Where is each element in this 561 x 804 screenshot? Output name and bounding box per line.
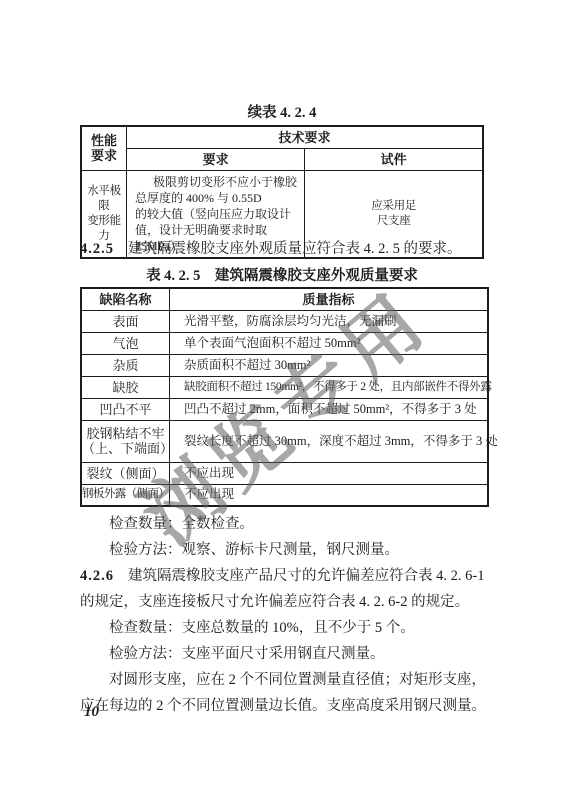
t425-row-name: 缺胶: [81, 376, 170, 398]
t425-row-spec: 裂纹长度不超过 30mm，深度不超过 3mm，不得多于 3 处: [170, 420, 489, 462]
t424-requirement-line1: 极限剪切变形不应小于橡胶总厚度的 400% 与 0.55D: [135, 174, 302, 206]
body-text-block: 检查数量：全数检查。 检验方法：观察、游标卡尺测量，钢尺测量。 4.2.6建筑隔…: [80, 511, 500, 719]
section-4-2-6-text-line1: 建筑隔震橡胶支座产品尺寸的允许偏差应符合表 4. 2. 6-1: [128, 568, 484, 584]
table-425-title: 表 4. 2. 5 建筑隔震橡胶支座外观质量要求: [80, 264, 484, 285]
section-4-2-5-text: 建筑隔震橡胶支座外观质量应符合表 4. 2. 5 的要求。: [128, 241, 462, 257]
page-number: 10: [84, 704, 99, 721]
check-quantity-1: 检查数量：全数检查。: [80, 511, 500, 537]
t424-header-performance: 性能 要求: [81, 126, 127, 170]
t424-header-performance-line2: 要求: [82, 148, 126, 163]
inspection-method-2: 检验方法：支座平面尺寸采用钢直尺测量。: [80, 641, 500, 667]
t425-row-spec: 单个表面气泡面积不超过 50mm²: [170, 332, 489, 354]
t424-header-specimen: 试件: [305, 148, 483, 170]
t424-specimen-line2: 尺支座: [305, 214, 482, 229]
table-row: 钢板外露（侧面） 不应出现: [81, 484, 488, 506]
t425-row-name: 凹凸不平: [81, 398, 170, 420]
t425-row-spec: 缺胶面积不超过 150mm²，不得多于 2 处，且内部嵌件不得外露: [170, 376, 489, 398]
document-page: 浏览专用 续表 4. 2. 4 性能 要求 技术要求 要求 试件 水平极限 变形…: [0, 0, 561, 804]
t425-row-name-line2: （上、下端面）: [82, 441, 169, 456]
section-4-2-6-line2: 的规定，支座连接板尺寸允许偏差应符合表 4. 2. 6-2 的规定。: [80, 589, 500, 615]
t424-header-performance-line1: 性能: [82, 133, 126, 148]
measurement-note-line1: 对圆形支座，应在 2 个不同位置测量直径值；对矩形支座，: [80, 667, 500, 693]
t424-specimen-line1: 应采用足: [305, 199, 482, 214]
t425-row-name: 表面: [81, 310, 170, 332]
t425-row-name: 杂质: [81, 354, 170, 376]
table-row: 缺胶 缺胶面积不超过 150mm²，不得多于 2 处，且内部嵌件不得外露: [81, 376, 488, 398]
t425-row-name: 钢板外露（侧面）: [81, 484, 170, 506]
table-row: 杂质 杂质面积不超过 30mm²: [81, 354, 488, 376]
table-425: 缺陷名称 质量指标 表面 光滑平整，防腐涂层均匀光洁，无漏刷 气泡 单个表面气泡…: [80, 287, 489, 507]
t425-row-spec: 不应出现: [170, 484, 489, 506]
t424-row-name-line1: 水平极限: [82, 184, 126, 214]
t425-row-spec: 杂质面积不超过 30mm²: [170, 354, 489, 376]
section-4-2-6-number: 4.2.6: [80, 568, 114, 584]
t425-row-name: 气泡: [81, 332, 170, 354]
t425-row-spec: 光滑平整，防腐涂层均匀光洁，无漏刷: [170, 310, 489, 332]
table-row: 表面 光滑平整，防腐涂层均匀光洁，无漏刷: [81, 310, 488, 332]
table-row: 凹凸不平 凹凸不超过 2mm，面积不超过 50mm²，不得多于 3 处: [81, 398, 488, 420]
t424-header-requirement: 要求: [127, 148, 305, 170]
section-4-2-5-number: 4.2.5: [80, 241, 114, 257]
measurement-note-line2: 应在每边的 2 个不同位置测量边长值。支座高度采用钢尺测量。: [80, 693, 500, 719]
t425-header-defect: 缺陷名称: [81, 288, 170, 310]
check-quantity-2: 检查数量：支座总数量的 10%，且不少于 5 个。: [80, 615, 500, 641]
table-row: 胶钢粘结不牢 （上、下端面） 裂纹长度不超过 30mm，深度不超过 3mm，不得…: [81, 420, 488, 462]
table-row: 裂纹（侧面） 不应出现: [81, 462, 488, 484]
inspection-method-1: 检验方法：观察、游标卡尺测量，钢尺测量。: [80, 537, 500, 563]
section-4-2-5: 4.2.5建筑隔震橡胶支座外观质量应符合表 4. 2. 5 的要求。: [80, 236, 500, 262]
t425-row-name-line1: 胶钢粘结不牢: [82, 426, 169, 441]
table-424-continued-title: 续表 4. 2. 4: [80, 101, 484, 122]
t425-row-spec: 不应出现: [170, 462, 489, 484]
t425-row-spec: 凹凸不超过 2mm，面积不超过 50mm²，不得多于 3 处: [170, 398, 489, 420]
t424-header-technical: 技术要求: [127, 126, 484, 148]
table-row: 气泡 单个表面气泡面积不超过 50mm²: [81, 332, 488, 354]
t425-row-name: 裂纹（侧面）: [81, 462, 170, 484]
t425-header-quality: 质量指标: [170, 288, 489, 310]
section-4-2-6-line1: 4.2.6建筑隔震橡胶支座产品尺寸的允许偏差应符合表 4. 2. 6-1: [80, 563, 500, 589]
t425-row-name: 胶钢粘结不牢 （上、下端面）: [81, 420, 170, 462]
t424-requirement-line2: 的较大值（竖向压应力取设计值，设计无明确要求时取: [135, 206, 302, 238]
